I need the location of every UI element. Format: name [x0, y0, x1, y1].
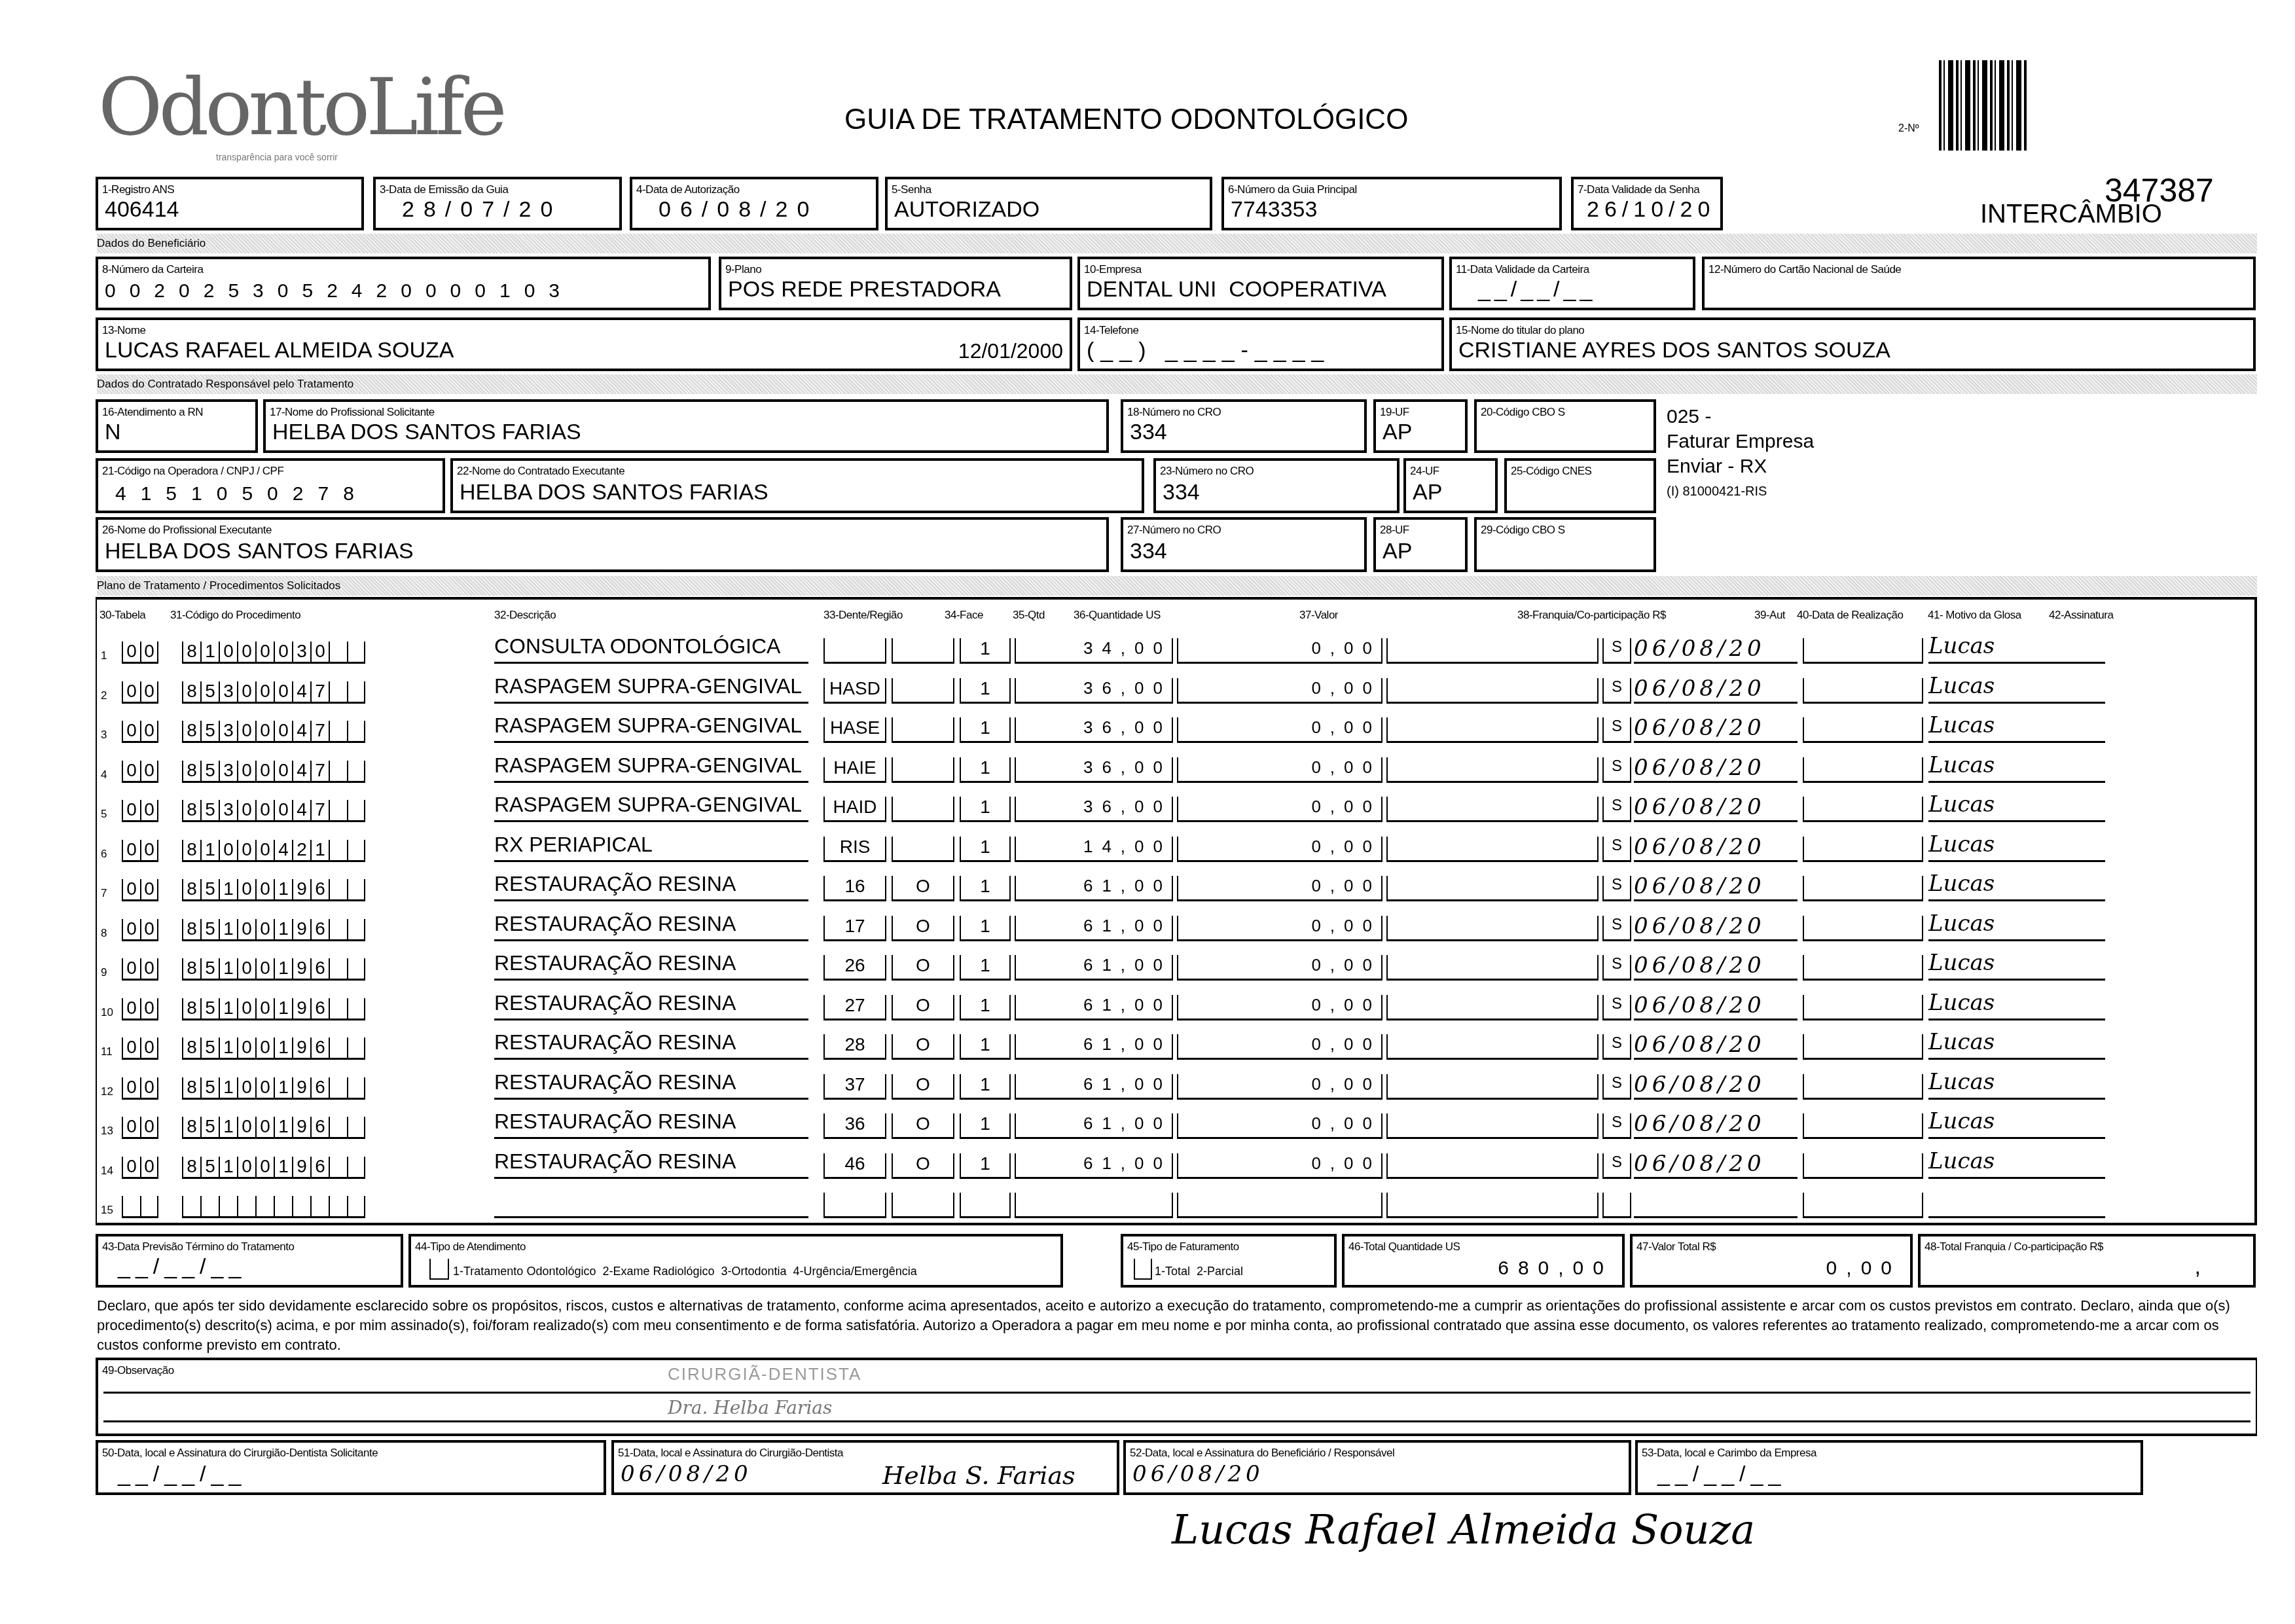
cell-us: 61,00 — [1015, 1034, 1173, 1060]
cell-dente — [823, 1193, 886, 1218]
cell-dente: 28 — [823, 1034, 886, 1060]
cell-data-realizacao: 06/08/20 — [1634, 1032, 1798, 1060]
cell-assinatura: Lucas — [1928, 871, 2105, 901]
cell-face: O — [892, 876, 954, 901]
table-row: 30085300047RASPAGEM SUPRA-GENGIVALHASE13… — [98, 708, 2258, 747]
side-note-line: Enviar - RX — [1667, 454, 1814, 479]
field-value: 0,00 — [1826, 1257, 1901, 1280]
cell-franquia — [1386, 1034, 1599, 1060]
cell-assinatura — [1928, 1187, 2105, 1218]
cell-descricao: RESTAURAÇÃO RESINA — [494, 951, 808, 981]
field-value: 28/07/20 — [402, 197, 562, 223]
cell-aut: S — [1602, 1074, 1631, 1100]
field-value: , — [2195, 1254, 2201, 1280]
field-atendimento-rn: 16-Atendimento a RN N — [96, 399, 258, 453]
cell-tabela: 00 — [122, 721, 158, 743]
cell-us: 61,00 — [1015, 916, 1173, 941]
cell-dente: 16 — [823, 876, 886, 901]
cell-qtd: 1 — [960, 916, 1011, 941]
cell-franquia — [1386, 717, 1599, 743]
field-uf-24: 24-UF AP — [1403, 458, 1498, 513]
cell-face — [892, 757, 954, 783]
col-header-codigo: 31-Código do Procedimento — [170, 609, 300, 622]
cell-codigo: 85300047 — [182, 721, 365, 743]
page-title: GUIA DE TRATAMENTO ODONTOLÓGICO — [844, 103, 1408, 136]
cell-glosa — [1803, 797, 1923, 822]
cell-codigo: 85100196 — [182, 958, 365, 981]
tipo-faturamento-options: 1-Total 2-Parcial — [1155, 1265, 1243, 1278]
cell-glosa — [1803, 837, 1923, 862]
cell-us: 61,00 — [1015, 955, 1173, 981]
field-value: __/__/__ — [1657, 1462, 1786, 1487]
field-plano: 9-Plano POS REDE PRESTADORA — [719, 257, 1072, 310]
cell-aut: S — [1602, 757, 1631, 783]
field-label: 5-Senha — [892, 183, 931, 196]
cell-tabela: 00 — [122, 879, 158, 901]
field-value: 680,00 — [1498, 1257, 1613, 1280]
cell-data-realizacao: 06/08/20 — [1634, 1111, 1798, 1139]
field-value: HELBA DOS SANTOS FARIAS — [460, 480, 768, 505]
side-note-line: (I) 81000421-RIS — [1667, 479, 1814, 504]
cell-data-realizacao: 06/08/20 — [1634, 1072, 1798, 1100]
cell-descricao: RASPAGEM SUPRA-GENGIVAL — [494, 674, 808, 704]
cell-codigo: 85100196 — [182, 879, 365, 901]
table-row: 120085100196RESTAURAÇÃO RESINA37O161,000… — [98, 1064, 2258, 1104]
cell-aut: S — [1602, 995, 1631, 1020]
cell-tabela: 00 — [122, 1157, 158, 1179]
field-label: 49-Observação — [102, 1364, 174, 1377]
col-header-data: 40-Data de Realização — [1797, 609, 1903, 622]
row-number: 7 — [101, 887, 107, 900]
field-empresa: 10-Empresa DENTAL UNI COOPERATIVA — [1077, 257, 1444, 310]
field-label: 26-Nome do Profissional Executante — [102, 524, 272, 537]
field-value: 7743353 — [1231, 197, 1317, 223]
field-label: 7-Data Validade da Senha — [1578, 183, 1699, 196]
cell-face — [892, 837, 954, 862]
cell-tabela: 00 — [122, 800, 158, 822]
beneficiary-signature: Lucas Rafael Almeida Souza — [1172, 1506, 1755, 1553]
field-sig-52: 52-Data, local e Assinatura do Beneficiá… — [1123, 1440, 1631, 1495]
field-value: 06/08/20 — [1132, 1461, 1264, 1487]
dentist-stamp: CIRURGIÃ-DENTISTA — [668, 1364, 861, 1384]
field-cnes-25: 25-Código CNES — [1504, 458, 1656, 513]
cell-us: 61,00 — [1015, 1113, 1173, 1139]
field-value: AP — [1382, 539, 1412, 564]
field-carteira: 8-Número da Carteira 0020253052420000103 — [96, 257, 711, 310]
field-total-us: 46-Total Quantidade US 680,00 — [1342, 1234, 1625, 1288]
field-label: 19-UF — [1380, 406, 1409, 419]
cell-descricao: RASPAGEM SUPRA-GENGIVAL — [494, 753, 808, 783]
cell-franquia — [1386, 797, 1599, 822]
cell-qtd: 1 — [960, 757, 1011, 783]
birth-date: 12/01/2000 — [958, 339, 1063, 363]
field-senha: 5-Senha AUTORIZADO — [885, 177, 1212, 230]
cell-descricao: RESTAURAÇÃO RESINA — [494, 872, 808, 901]
logo: OdontoLife — [98, 62, 503, 153]
cell-tabela: 00 — [122, 1038, 158, 1060]
section-beneficiario: Dados do Beneficiário — [97, 234, 2257, 253]
cell-dente: 37 — [823, 1074, 886, 1100]
field-label: 50-Data, local e Assinatura do Cirurgião… — [102, 1447, 378, 1460]
tipo-atendimento-checkbox[interactable] — [429, 1259, 449, 1280]
cell-descricao: RASPAGEM SUPRA-GENGIVAL — [494, 713, 808, 743]
section-contratado: Dados do Contratado Responsável pelo Tra… — [97, 374, 2257, 394]
row-number: 11 — [101, 1045, 113, 1058]
cell-aut: S — [1602, 797, 1631, 822]
cell-dente: 17 — [823, 916, 886, 941]
cell-dente — [823, 638, 886, 664]
field-value: 406414 — [105, 197, 179, 223]
cell-descricao: RX PERIAPICAL — [494, 833, 808, 862]
tipo-atendimento-options: 1-Tratamento Odontológico 2-Exame Radiol… — [453, 1265, 917, 1278]
cell-qtd: 1 — [960, 1153, 1011, 1179]
cell-us: 61,00 — [1015, 876, 1173, 901]
row-number: 10 — [101, 1006, 113, 1019]
field-label: 16-Atendimento a RN — [102, 406, 203, 419]
cell-codigo — [182, 1196, 365, 1218]
cell-face — [892, 797, 954, 822]
cell-face: O — [892, 995, 954, 1020]
table-row: 15 — [98, 1183, 2258, 1222]
cell-tabela: 00 — [122, 1077, 158, 1100]
cell-us: 61,00 — [1015, 1074, 1173, 1100]
table-row: 110085100196RESTAURAÇÃO RESINA28O161,000… — [98, 1024, 2258, 1064]
cell-data-realizacao: 06/08/20 — [1634, 913, 1798, 941]
field-value: N — [105, 420, 121, 445]
cell-franquia — [1386, 955, 1599, 981]
cell-franquia — [1386, 1153, 1599, 1179]
col-header-franquia: 38-Franquia/Co-participação R$ — [1517, 609, 1666, 622]
field-sig-51: 51-Data, local e Assinatura do Cirurgião… — [611, 1440, 1119, 1495]
cell-face — [892, 678, 954, 704]
cell-data-realizacao: 06/08/20 — [1634, 676, 1798, 704]
row-number: 14 — [101, 1164, 113, 1178]
field-label: 13-Nome — [102, 324, 145, 337]
field-label: 10-Empresa — [1084, 263, 1142, 276]
cell-codigo: 85300047 — [182, 761, 365, 783]
cell-tabela: 00 — [122, 641, 158, 664]
cell-qtd: 1 — [960, 797, 1011, 822]
field-value: HELBA DOS SANTOS FARIAS — [105, 539, 414, 564]
cell-descricao: CONSULTA ODONTOLÓGICA — [494, 634, 808, 664]
cell-aut: S — [1602, 955, 1631, 981]
field-label: 11-Data Validade da Carteira — [1456, 263, 1589, 276]
field-value: HELBA DOS SANTOS FARIAS — [272, 420, 581, 445]
field-label: 22-Nome do Contratado Executante — [457, 465, 624, 478]
field-label: 24-UF — [1410, 465, 1439, 478]
cell-us: 14,00 — [1015, 837, 1173, 862]
cell-franquia — [1386, 757, 1599, 783]
section-plano-tratamento: Plano de Tratamento / Procedimentos Soli… — [97, 576, 2257, 596]
table-row: 130085100196RESTAURAÇÃO RESINA36O161,000… — [98, 1104, 2258, 1143]
cell-assinatura: Lucas — [1928, 911, 2105, 941]
cell-valor: 0,00 — [1177, 995, 1382, 1020]
cell-franquia — [1386, 995, 1599, 1020]
dentist-signature: Helba S. Farias — [882, 1461, 1075, 1490]
cell-data-realizacao: 06/08/20 — [1634, 1151, 1798, 1179]
cell-codigo: 85100196 — [182, 1157, 365, 1179]
field-label: 45-Tipo de Faturamento — [1127, 1240, 1239, 1254]
field-value: 06/08/20 — [659, 197, 818, 223]
cell-descricao: RESTAURAÇÃO RESINA — [494, 1149, 808, 1179]
col-header-qtd: 35-Qtd — [1013, 609, 1045, 622]
cell-face: O — [892, 1074, 954, 1100]
field-uf-28: 28-UF AP — [1373, 517, 1468, 572]
cell-face: O — [892, 1113, 954, 1139]
cell-descricao: RESTAURAÇÃO RESINA — [494, 991, 808, 1020]
field-prof-executante: 26-Nome do Profissional Executante HELBA… — [96, 517, 1109, 572]
cell-us: 36,00 — [1015, 678, 1173, 704]
field-total-franquia: 48-Total Franquia / Co-participação R$ , — [1918, 1234, 2256, 1288]
cell-franquia — [1386, 638, 1599, 664]
cell-data-realizacao: 06/08/20 — [1634, 636, 1798, 664]
table-row: 10081000030CONSULTA ODONTOLÓGICA134,000,… — [98, 628, 2258, 668]
field-value: DENTAL UNI COOPERATIVA — [1087, 277, 1386, 302]
cell-face — [892, 1193, 954, 1218]
table-row: 90085100196RESTAURAÇÃO RESINA26O161,000,… — [98, 945, 2258, 984]
cell-dente: 36 — [823, 1113, 886, 1139]
cell-descricao: RESTAURAÇÃO RESINA — [494, 1030, 808, 1060]
cell-franquia — [1386, 1193, 1599, 1218]
cell-codigo: 85300047 — [182, 681, 365, 704]
cell-tabela: 00 — [122, 761, 158, 783]
field-label: 6-Número da Guia Principal — [1228, 183, 1357, 196]
row-number: 12 — [101, 1085, 113, 1098]
cell-tabela: 00 — [122, 998, 158, 1020]
cell-assinatura: Lucas — [1928, 1108, 2105, 1139]
cell-valor: 0,00 — [1177, 837, 1382, 862]
side-note-line: 025 - — [1667, 405, 1814, 429]
field-observacao: 49-Observação CIRURGIÃ-DENTISTA Dra. Hel… — [96, 1358, 2257, 1436]
field-label: 20-Código CBO S — [1481, 406, 1565, 419]
table-row: 40085300047RASPAGEM SUPRA-GENGIVALHAIE13… — [98, 748, 2258, 787]
field-label: 1-Registro ANS — [102, 183, 174, 196]
cell-codigo: 85100196 — [182, 998, 365, 1020]
cell-valor — [1177, 1193, 1382, 1218]
side-note-line: Faturar Empresa — [1667, 429, 1814, 454]
row-number: 4 — [101, 768, 107, 782]
cell-us — [1015, 1193, 1173, 1218]
field-label: 25-Código CNES — [1511, 465, 1591, 478]
cell-glosa — [1803, 638, 1923, 664]
cell-valor: 0,00 — [1177, 1034, 1382, 1060]
cell-data-realizacao: 06/08/20 — [1634, 755, 1798, 783]
field-value: __/__/__ — [1478, 277, 1596, 302]
cell-glosa — [1803, 995, 1923, 1020]
logo-tagline: transparência para você sorrir — [216, 152, 338, 162]
table-row: 50085300047RASPAGEM SUPRA-GENGIVALHAID13… — [98, 787, 2258, 826]
field-label: 4-Data de Autorização — [636, 183, 740, 196]
field-guia-principal: 6-Número da Guia Principal 7743353 — [1221, 177, 1562, 230]
cell-glosa — [1803, 916, 1923, 941]
cell-franquia — [1386, 1113, 1599, 1139]
field-value: (__) ____-____ — [1087, 338, 1331, 363]
cell-codigo: 81000030 — [182, 641, 365, 664]
cell-codigo: 85100196 — [182, 1077, 365, 1100]
declaration-text: Declaro, que após ter sido devidamente e… — [97, 1296, 2257, 1355]
field-prof-solicitante: 17-Nome do Profissional Solicitante HELB… — [263, 399, 1109, 453]
col-header-valor: 37-Valor — [1299, 609, 1338, 622]
field-value: 06/08/20 — [621, 1461, 752, 1487]
cell-data-realizacao — [1634, 1190, 1798, 1218]
field-label: 8-Número da Carteira — [102, 263, 203, 276]
cell-descricao: RESTAURAÇÃO RESINA — [494, 1070, 808, 1100]
cell-descricao: RESTAURAÇÃO RESINA — [494, 1110, 808, 1139]
field-tipo-atendimento: 44-Tipo de Atendimento 1-Tratamento Odon… — [408, 1234, 1063, 1288]
observacao-line — [103, 1420, 2250, 1422]
cell-tabela — [122, 1196, 158, 1218]
cell-glosa — [1803, 717, 1923, 743]
cell-tabela: 00 — [122, 681, 158, 704]
field-label: 52-Data, local e Assinatura do Beneficiá… — [1130, 1447, 1394, 1460]
cell-codigo: 85100196 — [182, 1117, 365, 1139]
row-number: 9 — [101, 966, 107, 979]
cell-franquia — [1386, 1074, 1599, 1100]
cell-franquia — [1386, 837, 1599, 862]
cell-valor: 0,00 — [1177, 678, 1382, 704]
table-row: 20085300047RASPAGEM SUPRA-GENGIVALHASD13… — [98, 668, 2258, 708]
row-number: 8 — [101, 927, 107, 940]
tipo-faturamento-checkbox[interactable] — [1134, 1259, 1152, 1280]
guide-type: INTERCÂMBIO — [1980, 200, 2162, 229]
field-label: 17-Nome do Profissional Solicitante — [270, 406, 435, 419]
field-validade-carteira: 11-Data Validade da Carteira __/__/__ — [1449, 257, 1695, 310]
cell-glosa — [1803, 1153, 1923, 1179]
field-value: 334 — [1163, 480, 1200, 505]
cell-glosa — [1803, 1074, 1923, 1100]
col-header-glosa: 41- Motivo da Glosa — [1928, 609, 2021, 622]
cell-assinatura: Lucas — [1928, 990, 2105, 1020]
cell-valor: 0,00 — [1177, 955, 1382, 981]
table-row: 80085100196RESTAURAÇÃO RESINA17O161,000,… — [98, 906, 2258, 945]
cell-franquia — [1386, 916, 1599, 941]
field-label: 14-Telefone — [1084, 324, 1138, 337]
guide-number-label: 2-Nº — [1898, 123, 1919, 135]
cell-dente: HAID — [823, 797, 886, 822]
cell-valor: 0,00 — [1177, 1074, 1382, 1100]
cell-glosa — [1803, 678, 1923, 704]
cell-aut: S — [1602, 638, 1631, 664]
field-cro-23: 23-Número no CRO 334 — [1153, 458, 1400, 513]
field-value: AP — [1382, 420, 1412, 445]
col-header-descricao: 32-Descrição — [494, 609, 556, 622]
cell-qtd — [960, 1193, 1011, 1218]
cell-us: 36,00 — [1015, 757, 1173, 783]
field-label: 15-Nome do titular do plano — [1456, 324, 1584, 337]
field-cro-18: 18-Número no CRO 334 — [1121, 399, 1367, 453]
col-header-dente: 33-Dente/Região — [823, 609, 903, 622]
field-value: CRISTIANE AYRES DOS SANTOS SOUZA — [1458, 338, 1890, 363]
cell-dente: HASE — [823, 717, 886, 743]
cell-codigo: 81000421 — [182, 840, 365, 862]
field-data-emissao: 3-Data de Emissão da Guia 28/07/20 — [373, 177, 622, 230]
col-header-us: 36-Quantidade US — [1074, 609, 1161, 622]
field-tipo-faturamento: 45-Tipo de Faturamento 1-Total 2-Parcial — [1121, 1234, 1337, 1288]
cell-descricao — [494, 1189, 808, 1218]
field-label: 44-Tipo de Atendimento — [415, 1240, 526, 1254]
field-nome: 13-Nome LUCAS RAFAEL ALMEIDA SOUZA 12/01… — [96, 317, 1072, 371]
field-label: 9-Plano — [725, 263, 761, 276]
cell-dente: HAIE — [823, 757, 886, 783]
cell-aut: S — [1602, 1153, 1631, 1179]
field-value: 26/10/20 — [1587, 197, 1715, 223]
cell-valor: 0,00 — [1177, 757, 1382, 783]
field-value: LUCAS RAFAEL ALMEIDA SOUZA — [105, 338, 454, 363]
cell-face — [892, 638, 954, 664]
cell-qtd: 1 — [960, 1113, 1011, 1139]
cell-assinatura: Lucas — [1928, 950, 2105, 981]
cell-face: O — [892, 955, 954, 981]
cell-data-realizacao: 06/08/20 — [1634, 873, 1798, 901]
field-uf-19: 19-UF AP — [1373, 399, 1468, 453]
cell-dente: 27 — [823, 995, 886, 1020]
cell-aut: S — [1602, 916, 1631, 941]
col-header-tabela: 30-Tabela — [99, 609, 145, 622]
cell-glosa — [1803, 757, 1923, 783]
col-header-face: 34-Face — [945, 609, 983, 622]
field-cbo-20: 20-Código CBO S — [1474, 399, 1656, 453]
field-label: 23-Número no CRO — [1160, 465, 1254, 478]
cell-assinatura: Lucas — [1928, 712, 2105, 743]
field-label: 47-Valor Total R$ — [1636, 1240, 1716, 1254]
field-sig-50: 50-Data, local e Assinatura do Cirurgião… — [96, 1440, 606, 1495]
row-number: 5 — [101, 808, 107, 821]
side-note: 025 - Faturar Empresa Enviar - RX (I) 81… — [1667, 405, 1814, 504]
cell-descricao: RESTAURAÇÃO RESINA — [494, 912, 808, 941]
field-validade-senha: 7-Data Validade da Senha 26/10/20 — [1571, 177, 1723, 230]
field-registro-ans: 1-Registro ANS 406414 — [96, 177, 364, 230]
cell-aut: S — [1602, 717, 1631, 743]
field-data-autorizacao: 4-Data de Autorização 06/08/20 — [630, 177, 878, 230]
field-value: AUTORIZADO — [894, 197, 1039, 223]
cell-valor: 0,00 — [1177, 916, 1382, 941]
cell-glosa — [1803, 876, 1923, 901]
cell-data-realizacao: 06/08/20 — [1634, 715, 1798, 743]
cell-assinatura: Lucas — [1928, 1148, 2105, 1179]
row-number: 2 — [101, 689, 107, 702]
cell-data-realizacao: 06/08/20 — [1634, 834, 1798, 862]
cell-aut: S — [1602, 678, 1631, 704]
cell-qtd: 1 — [960, 717, 1011, 743]
barcode — [1939, 60, 2028, 151]
cell-valor: 0,00 — [1177, 717, 1382, 743]
cell-aut: S — [1602, 1113, 1631, 1139]
cell-face: O — [892, 1153, 954, 1179]
field-label: 27-Número no CRO — [1127, 524, 1221, 537]
field-value: POS REDE PRESTADORA — [728, 277, 1001, 302]
cell-assinatura: Lucas — [1928, 1069, 2105, 1100]
row-number: 1 — [101, 649, 107, 662]
cell-us: 36,00 — [1015, 717, 1173, 743]
field-label: 28-UF — [1380, 524, 1409, 537]
field-label: 53-Data, local e Carimbo da Empresa — [1642, 1447, 1816, 1460]
field-previsao-termino: 43-Data Previsão Término do Tratamento _… — [96, 1234, 403, 1288]
cell-valor: 0,00 — [1177, 1153, 1382, 1179]
cell-qtd: 1 — [960, 837, 1011, 862]
cell-assinatura: Lucas — [1928, 791, 2105, 822]
field-label: 51-Data, local e Assinatura do Cirurgião… — [618, 1447, 843, 1460]
cell-assinatura: Lucas — [1928, 831, 2105, 862]
table-row: 60081000421RX PERIAPICALRIS114,000,00S06… — [98, 827, 2258, 866]
cell-valor: 0,00 — [1177, 1113, 1382, 1139]
table-row: 100085100196RESTAURAÇÃO RESINA27O161,000… — [98, 985, 2258, 1024]
field-telefone: 14-Telefone (__) ____-____ — [1077, 317, 1444, 371]
cell-us: 61,00 — [1015, 995, 1173, 1020]
cell-face: O — [892, 1034, 954, 1060]
field-value: 0020253052420000103 — [105, 280, 573, 302]
field-label: 43-Data Previsão Término do Tratamento — [102, 1240, 294, 1254]
field-label: 48-Total Franquia / Co-participação R$ — [1925, 1240, 2103, 1254]
